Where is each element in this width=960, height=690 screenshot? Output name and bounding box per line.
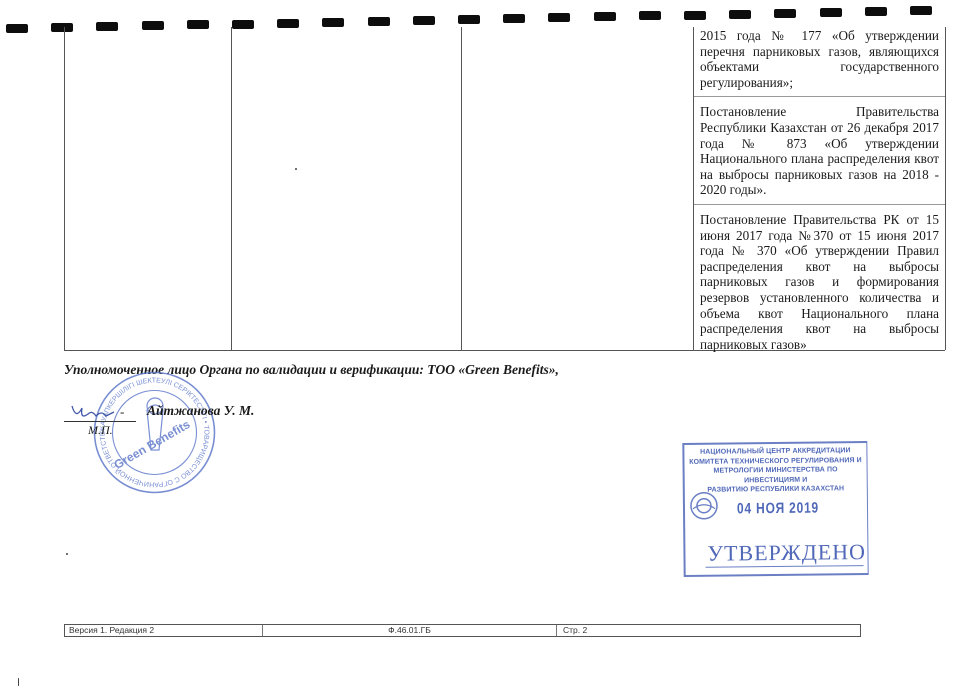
perforation-hole [503,14,525,23]
perforation-hole [774,9,796,18]
scan-speck [66,553,68,555]
signature-dash: - [120,404,124,420]
perforation-hole [684,11,706,20]
footer-page-number: Стр. 2 [557,625,860,636]
stamp-date: 04 НОЯ 2019 [737,500,819,518]
signature-line [64,421,136,422]
perforation-hole [6,24,28,33]
table-column-divider [461,27,462,350]
regulation-paragraph: Постановление Правительства РК от 15 июн… [694,204,945,352]
signature-scribble [70,402,118,422]
footer-version: Версия 1. Редакция 2 [65,625,263,636]
regulations-cell: 2015 года № 177 «Об утверждении перечня … [693,27,946,350]
perforation-hole [594,12,616,21]
svg-text:Green Benefits: Green Benefits [112,417,193,472]
seal-place-label: М.П. [88,423,113,438]
regulation-paragraph: 2015 года № 177 «Об утверждении перечня … [694,27,945,90]
document-footer: Версия 1. Редакция 2 Ф.46.01.ГБ Стр. 2 [64,624,861,637]
perforation-hole [729,10,751,19]
perforation-hole [548,13,570,22]
state-emblem-icon [689,491,719,521]
table-column-divider [231,27,232,350]
perforation-hole [820,8,842,17]
stamp-header: НАЦИОНАЛЬНЫЙ ЦЕНТР АККРЕДИТАЦИИ КОМИТЕТА… [684,443,867,495]
scan-speck [295,168,297,170]
perforation-hole [910,6,932,15]
perforation-hole [413,16,435,25]
signer-name: Айтжанова У. М. [147,403,254,419]
stamp-header-line: МЕТРОЛОГИИ МИНИСТЕРСТВА ПО ИНВЕСТИЦИЯМ И [685,465,867,486]
perforation-hole [458,15,480,24]
perforation-hole [639,11,661,20]
table-border-left [64,27,65,350]
footer-form-code: Ф.46.01.ГБ [263,625,557,636]
stamp-status: УТВЕРЖДЕНО [707,539,866,567]
scan-speck [18,678,19,686]
perforation-hole [865,7,887,16]
perforation-strip [0,0,960,30]
perforation-hole [322,18,344,27]
perforation-hole [368,17,390,26]
approval-stamp: НАЦИОНАЛЬНЫЙ ЦЕНТР АККРЕДИТАЦИИ КОМИТЕТА… [682,441,868,577]
regulation-paragraph: Постановление Правительства Республики К… [694,96,945,198]
